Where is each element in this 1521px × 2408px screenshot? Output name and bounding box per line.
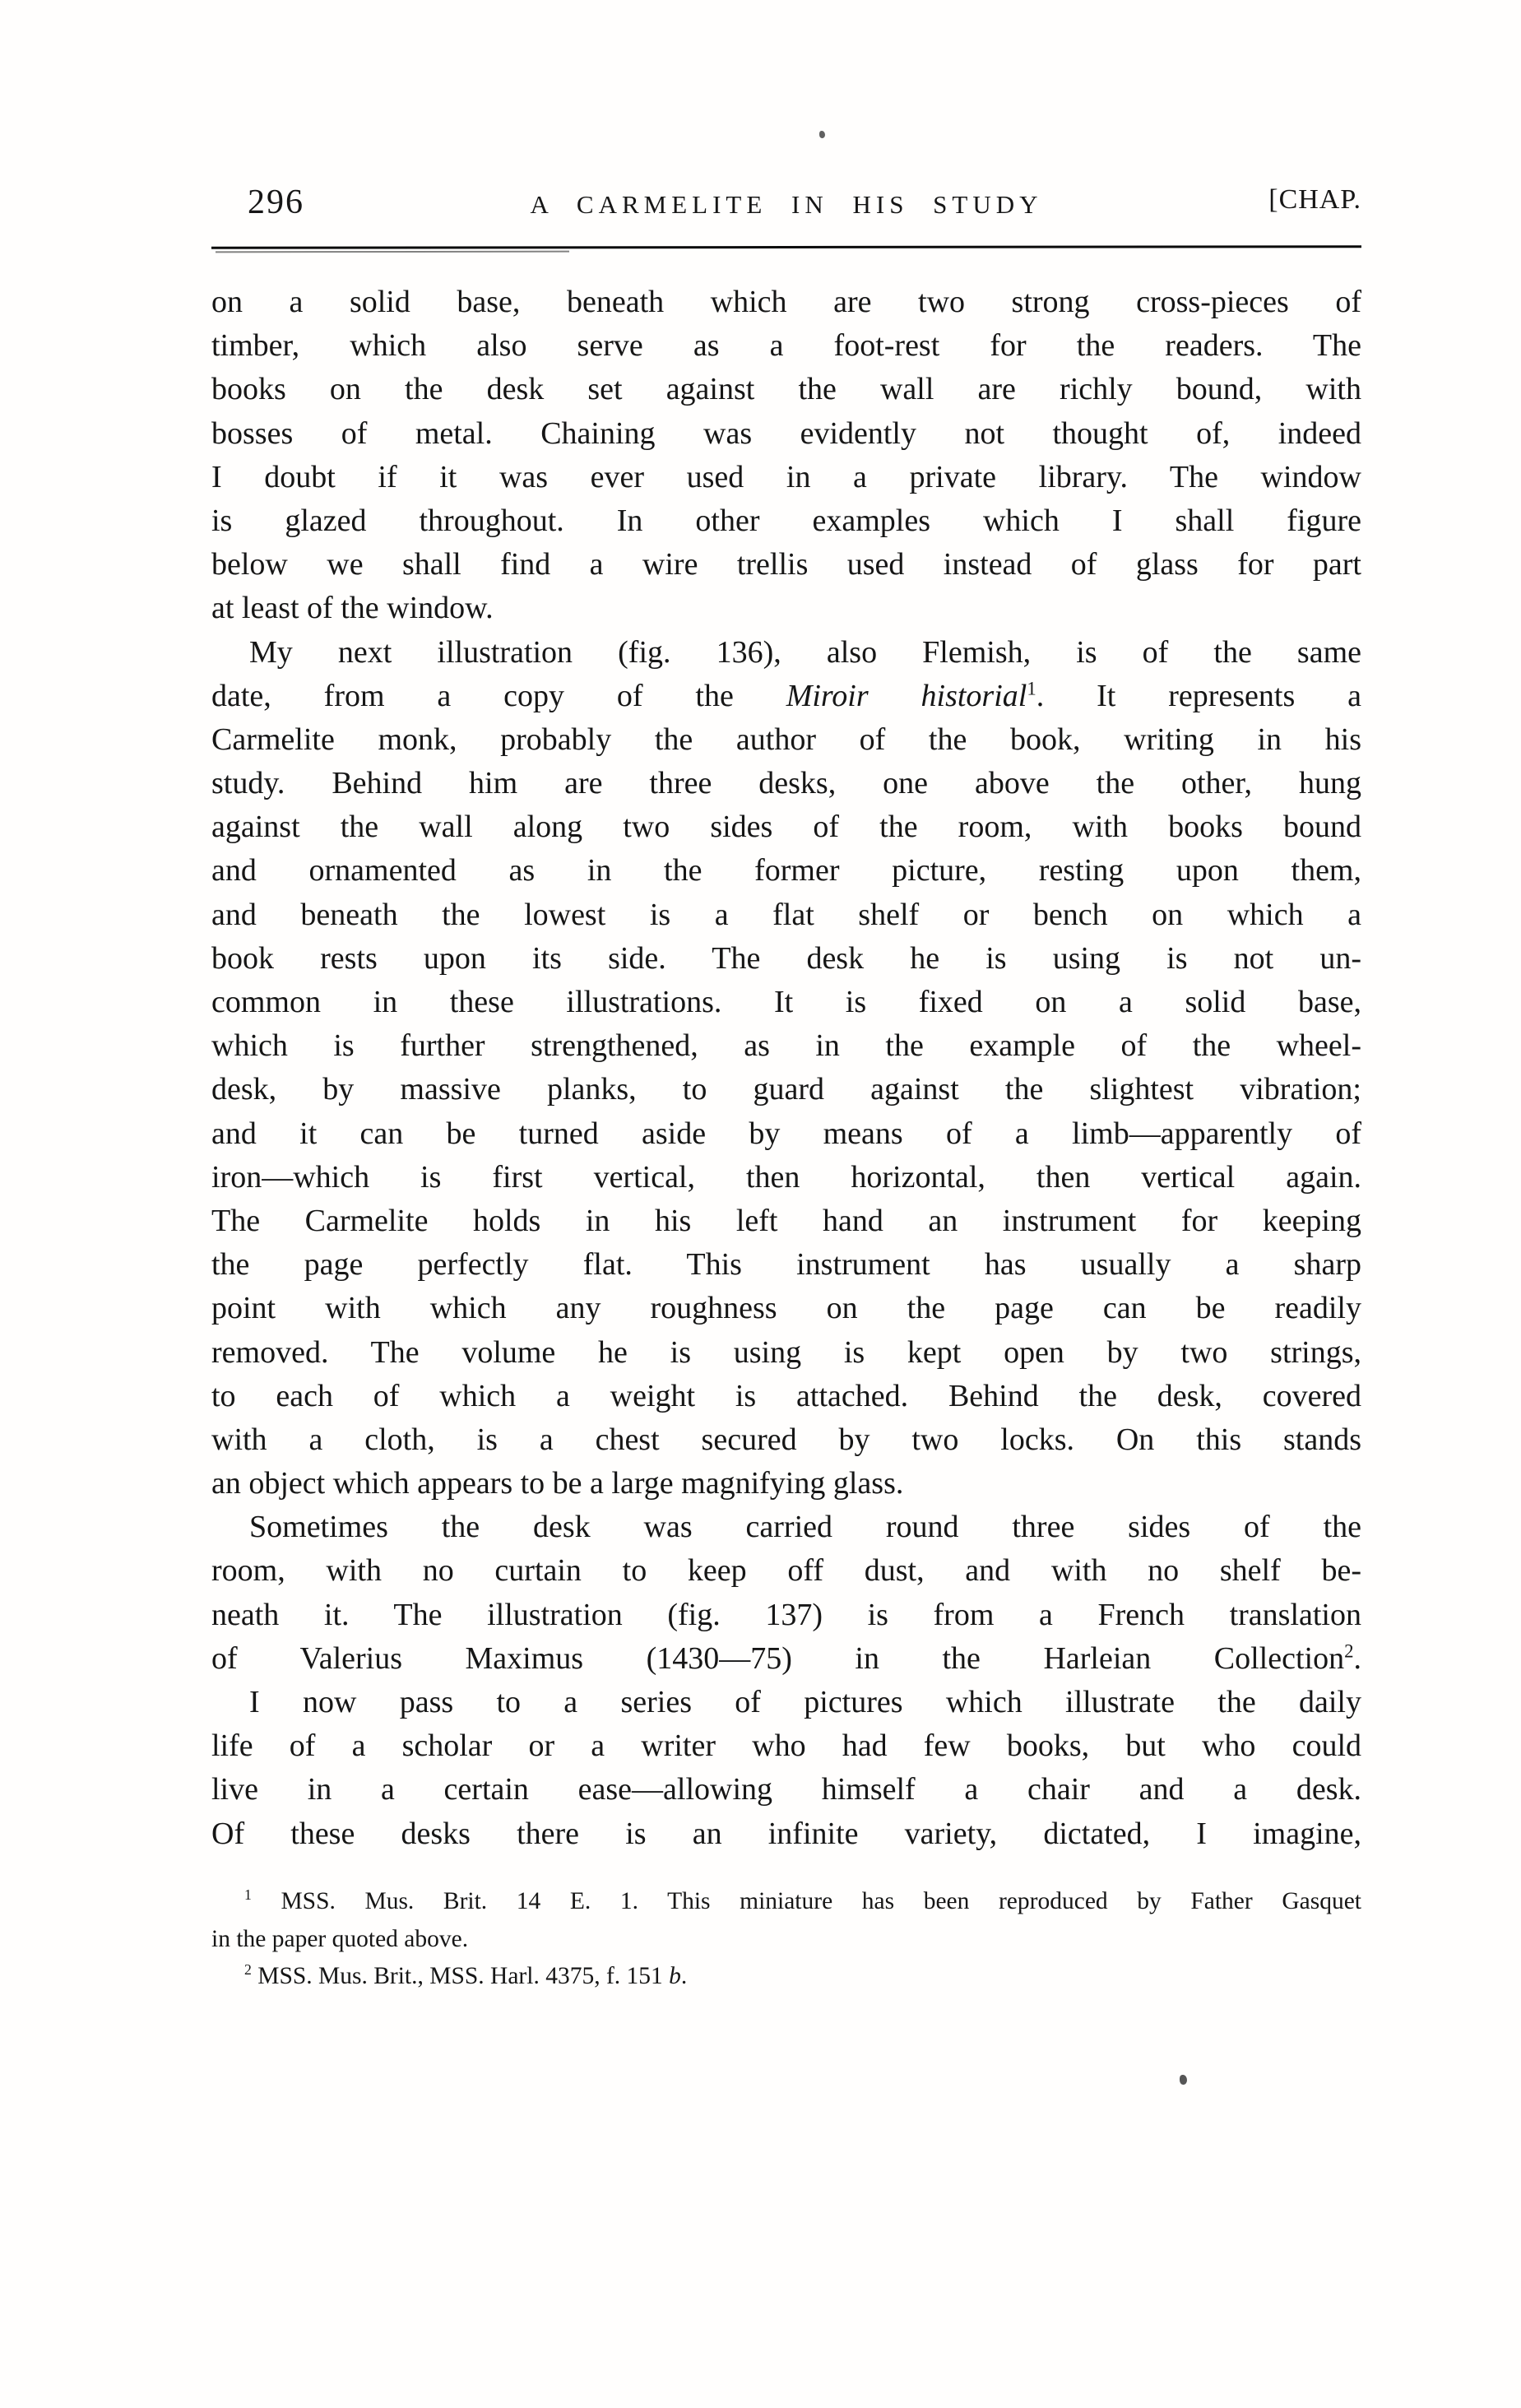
text-line: an object which appears to be a large ma… — [211, 1462, 1361, 1506]
running-head: 296 A CARMELITE IN HIS STUDY [CHAP. — [211, 183, 1361, 240]
text-line: and ornamented as in the former picture,… — [211, 849, 1361, 893]
text-line: I now pass to a series of pictures which… — [211, 1681, 1361, 1724]
header-rule — [211, 245, 1361, 248]
text-line: I doubt if it was ever used in a private… — [211, 456, 1361, 499]
text-line: study. Behind him are three desks, one a… — [211, 762, 1361, 805]
text-line: the page perfectly flat. This instrument… — [211, 1243, 1361, 1287]
text-line: with a cloth, is a chest secured by two … — [211, 1418, 1361, 1462]
header-rule-fragment — [216, 251, 569, 253]
text-line: point with which any roughness on the pa… — [211, 1287, 1361, 1330]
text-line: Sometimes the desk was carried round thr… — [211, 1506, 1361, 1549]
text-line: which is further strengthened, as in the… — [211, 1024, 1361, 1068]
text-line: The Carmelite holds in his left hand an … — [211, 1199, 1361, 1243]
text-line: neath it. The illustration (fig. 137) is… — [211, 1594, 1361, 1637]
text-line: against the wall along two sides of the … — [211, 805, 1361, 849]
text-line: My next illustration (fig. 136), also Fl… — [211, 631, 1361, 675]
text-line: in the paper quoted above. — [211, 1921, 1361, 1959]
ink-speck — [1180, 2075, 1187, 2085]
body-text: on a solid base, beneath which are two s… — [211, 281, 1361, 1856]
ink-speck — [819, 131, 825, 138]
text-line: 2 MSS. Mus. Brit., MSS. Harl. 4375, f. 1… — [211, 1958, 1361, 1996]
chapter-mark: [CHAP. — [1268, 184, 1361, 216]
text-line: on a solid base, beneath which are two s… — [211, 281, 1361, 324]
text-line: at least of the window. — [211, 587, 1361, 630]
text-line: book rests upon its side. The desk he is… — [211, 937, 1361, 981]
text-line: life of a scholar or a writer who had fe… — [211, 1724, 1361, 1768]
footnotes: 1 MSS. Mus. Brit. 14 E. 1. This miniatur… — [211, 1883, 1361, 1996]
text-line: to each of which a weight is attached. B… — [211, 1375, 1361, 1418]
text-line: Carmelite monk, probably the author of t… — [211, 718, 1361, 762]
text-line: Of these desks there is an infinite vari… — [211, 1812, 1361, 1856]
text-line: live in a certain ease—allowing himself … — [211, 1768, 1361, 1812]
text-line: below we shall find a wire trellis used … — [211, 543, 1361, 587]
text-line: date, from a copy of the Miroir historia… — [211, 675, 1361, 718]
text-line: desk, by massive planks, to guard agains… — [211, 1068, 1361, 1111]
text-line: removed. The volume he is using is kept … — [211, 1331, 1361, 1375]
text-line: 1 MSS. Mus. Brit. 14 E. 1. This miniatur… — [211, 1883, 1361, 1921]
text-line: books on the desk set against the wall a… — [211, 368, 1361, 411]
text-line: common in these illustrations. It is fix… — [211, 981, 1361, 1024]
text-line: and beneath the lowest is a flat shelf o… — [211, 893, 1361, 937]
text-line: room, with no curtain to keep off dust, … — [211, 1549, 1361, 1593]
scanned-book-page: 296 A CARMELITE IN HIS STUDY [CHAP. on a… — [0, 0, 1521, 2408]
text-line: of Valerius Maximus (1430—75) in the Har… — [211, 1637, 1361, 1681]
text-line: timber, which also serve as a foot-rest … — [211, 324, 1361, 368]
text-line: bosses of metal. Chaining was evidently … — [211, 412, 1361, 456]
text-line: and it can be turned aside by means of a… — [211, 1112, 1361, 1156]
text-line: iron—which is first vertical, then horiz… — [211, 1156, 1361, 1199]
running-title: A CARMELITE IN HIS STUDY — [211, 190, 1361, 220]
text-line: is glazed throughout. In other examples … — [211, 499, 1361, 543]
